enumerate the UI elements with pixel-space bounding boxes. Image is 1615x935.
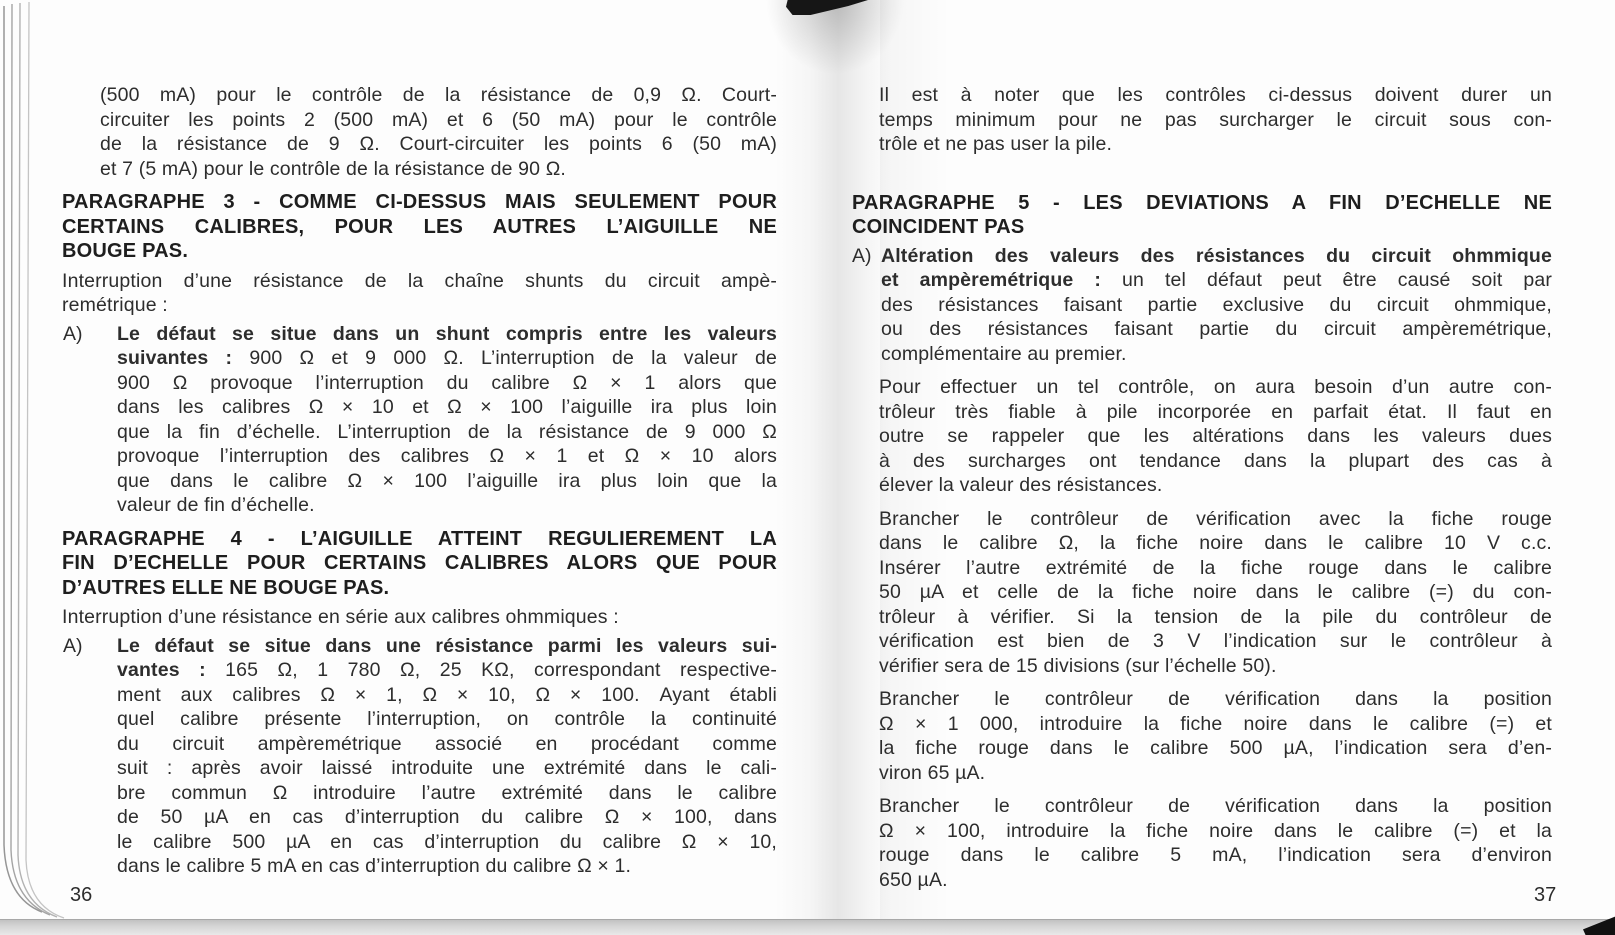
text-line: 650 µA.: [879, 868, 1552, 893]
page-number-right: 37: [1534, 884, 1556, 907]
list-marker: A): [63, 634, 83, 659]
text-line: Brancher le contrôleur de vérification a…: [879, 507, 1552, 532]
text-line: vérifier sera de 15 divisions (sur l’éch…: [879, 654, 1552, 679]
text-line: bre commun Ω introduire l’autre extrémit…: [117, 781, 777, 806]
page-number-left: 36: [70, 884, 92, 907]
page-left-text-column: (500 mA) pour le contrôle de la résistan…: [62, 83, 777, 879]
text-line: Il est à noter que les contrôles ci-dess…: [879, 83, 1552, 108]
paragraphe-5-item-a-para-4: Brancher le contrôleur de vérification d…: [852, 687, 1552, 785]
text-line: suit : après avoir laissé introduite une…: [117, 756, 777, 781]
text-line: trôle et ne pas user la pile.: [879, 132, 1552, 157]
text-line: des résistances faisant partie exclusive…: [881, 293, 1552, 318]
paragraphe-5-item-a: A)Altération des valeurs des résistances…: [852, 244, 1552, 367]
text-line: D’AUTRES ELLE NE BOUGE PAS.: [62, 576, 777, 601]
paragraphe-5-item-a-para-5: Brancher le contrôleur de vérification d…: [852, 794, 1552, 892]
text-line: vantes : 165 Ω, 1 780 Ω, 25 KΩ, correspo…: [117, 658, 777, 683]
text-line: Insérer l’autre extrémité de la fiche ro…: [879, 556, 1552, 581]
text-line: que dans le calibre Ω × 100 l’aiguille i…: [117, 469, 777, 494]
text-line: COINCIDENT PAS: [852, 215, 1552, 240]
text-line: trôleur à vérifier. Si la tension de la …: [879, 605, 1552, 630]
text-line: dans le calibre 5 mA en cas d’interrupti…: [117, 854, 777, 879]
page-right-text-column: Il est à noter que les contrôles ci-dess…: [852, 83, 1552, 892]
text-line: Brancher le contrôleur de vérification d…: [879, 794, 1552, 819]
list-marker: A): [852, 244, 872, 269]
text-line: Ω × 100, introduire la fiche noire dans …: [879, 819, 1552, 844]
text-line: Ω × 1 000, introduire la fiche noire dan…: [879, 712, 1552, 737]
text-line: de 50 µA en cas d’interruption du calibr…: [117, 805, 777, 830]
text-line: Le défaut se situe dans un shunt compris…: [117, 322, 777, 347]
text-line: suivantes : 900 Ω et 9 000 Ω. L’interrup…: [117, 346, 777, 371]
text-line: ou des résistances faisant partie du cir…: [881, 317, 1552, 342]
text-line: Interruption d’une résistance de la chaî…: [62, 269, 777, 294]
text-line: outre se rappeler que les altérations da…: [879, 424, 1552, 449]
book-spread-photo: (500 mA) pour le contrôle de la résistan…: [0, 0, 1615, 935]
text-line: et ampèremétrique : un tel défaut peut ê…: [881, 268, 1552, 293]
text-line: que la fin d’échelle. L’interruption de …: [117, 420, 777, 445]
paragraphe-3-item-a: A)Le défaut se situe dans un shunt compr…: [62, 322, 777, 518]
paragraphe-3-heading: PARAGRAPHE 3 - COMME CI-DESSUS MAIS SEUL…: [62, 190, 777, 264]
text-line: et 7 (5 mA) pour le contrôle de la résis…: [100, 157, 777, 182]
text-line: remétrique :: [62, 293, 777, 318]
text-line: Pour effectuer un tel contrôle, on aura …: [879, 375, 1552, 400]
paragraphe-4-item-a: A)Le défaut se situe dans une résistance…: [62, 634, 777, 879]
text-line: (500 mA) pour le contrôle de la résistan…: [100, 83, 777, 108]
text-line: rouge dans le calibre 5 mA, l’indication…: [879, 843, 1552, 868]
text-line: Interruption d’une résistance en série a…: [62, 605, 777, 630]
text-line: la fiche rouge dans le calibre 500 µA, l…: [879, 736, 1552, 761]
text-line: complémentaire au premier.: [881, 342, 1552, 367]
text-line: provoque l’interruption des calibres Ω ×…: [117, 444, 777, 469]
text-line: Brancher le contrôleur de vérification d…: [879, 687, 1552, 712]
paragraphe-4-intro: Interruption d’une résistance en série a…: [62, 605, 777, 630]
note-paragraph: Il est à noter que les contrôles ci-dess…: [852, 83, 1552, 157]
text-line: Altération des valeurs des résistances d…: [881, 244, 1552, 269]
spine-top-shadow: [765, 0, 905, 75]
book-bottom-shadow: [0, 919, 1615, 935]
text-line: PARAGRAPHE 4 - L’AIGUILLE ATTEINT REGULI…: [62, 527, 777, 552]
text-line: trôleur très fiable à pile incorporée en…: [879, 400, 1552, 425]
text-line: de la résistance de 9 Ω. Court-circuiter…: [100, 132, 777, 157]
text-line: temps minimum pour ne pas surcharger le …: [879, 108, 1552, 133]
paragraphe-4-heading: PARAGRAPHE 4 - L’AIGUILLE ATTEINT REGULI…: [62, 527, 777, 601]
text-line: vérification est bien de 3 V l’indicatio…: [879, 629, 1552, 654]
text-line: PARAGRAPHE 3 - COMME CI-DESSUS MAIS SEUL…: [62, 190, 777, 215]
text-line: à des surcharges ont tendance dans la pl…: [879, 449, 1552, 474]
text-line: quel calibre présente l’interruption, on…: [117, 707, 777, 732]
text-line: dans le calibre Ω, la fiche noire dans l…: [879, 531, 1552, 556]
text-line: le calibre 500 µA en cas d’interruption …: [117, 830, 777, 855]
text-line: 50 µA et celle de la fiche noire dans le…: [879, 580, 1552, 605]
list-marker: A): [63, 322, 83, 347]
continuation-paragraph: (500 mA) pour le contrôle de la résistan…: [62, 83, 777, 181]
text-line: BOUGE PAS.: [62, 239, 777, 264]
text-line: PARAGRAPHE 5 - LES DEVIATIONS A FIN D’EC…: [852, 191, 1552, 216]
text-line: du circuit ampèremétrique associé en pro…: [117, 732, 777, 757]
paragraphe-5-item-a-para-2: Pour effectuer un tel contrôle, on aura …: [852, 375, 1552, 498]
text-line: FIN D’ECHELLE POUR CERTAINS CALIBRES ALO…: [62, 551, 777, 576]
paragraphe-5-heading: PARAGRAPHE 5 - LES DEVIATIONS A FIN D’EC…: [852, 191, 1552, 240]
text-line: CERTAINS CALIBRES, POUR LES AUTRES L’AIG…: [62, 215, 777, 240]
text-line: dans les calibres Ω × 10 et Ω × 100 l’ai…: [117, 395, 777, 420]
spine-top-dark-wedge: [786, 0, 868, 15]
text-line: valeur de fin d’échelle.: [117, 493, 777, 518]
paragraphe-5-item-a-para-3: Brancher le contrôleur de vérification a…: [852, 507, 1552, 679]
paragraphe-3-intro: Interruption d’une résistance de la chaî…: [62, 269, 777, 318]
text-line: ment aux calibres Ω × 1, Ω × 10, Ω × 100…: [117, 683, 777, 708]
text-line: élever la valeur des résistances.: [879, 473, 1552, 498]
text-line: viron 65 µA.: [879, 761, 1552, 786]
text-line: circuiter les points 2 (500 mA) et 6 (50…: [100, 108, 777, 133]
text-line: 900 Ω provoque l’interruption du calibre…: [117, 371, 777, 396]
text-line: Le défaut se situe dans une résistance p…: [117, 634, 777, 659]
